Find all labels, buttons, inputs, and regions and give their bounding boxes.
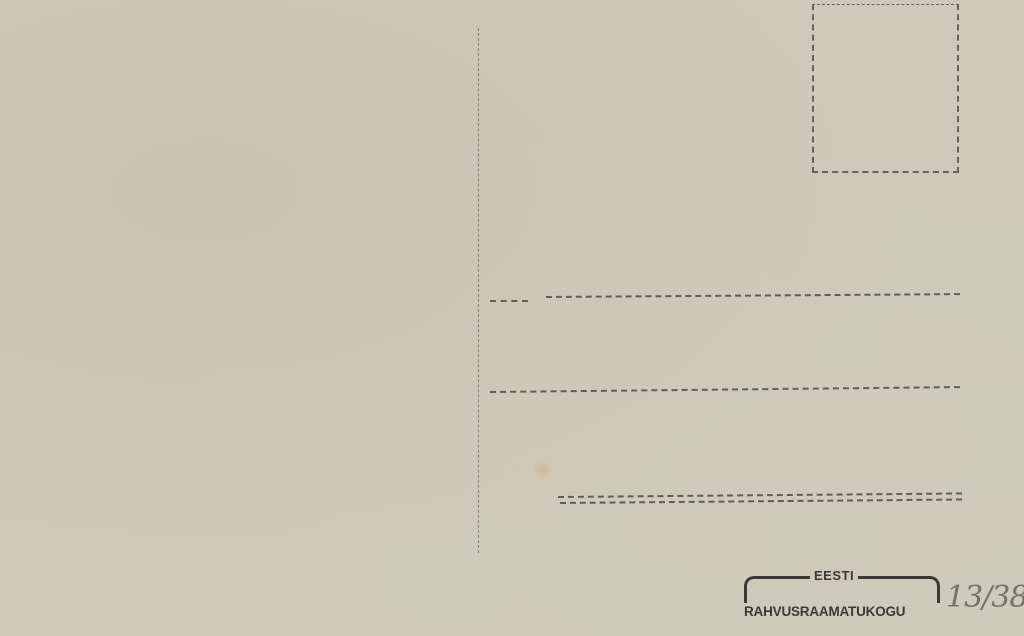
address-line-3 (558, 492, 962, 498)
stamp-bottom-text: RAHVUSRAAMATUKOGU (744, 604, 905, 619)
address-line-1-prefix (490, 300, 528, 302)
postcard-back: EESTI RAHVUSRAAMATUKOGU 13/38 (0, 0, 1024, 636)
stamp-placement-box (812, 4, 959, 173)
catalog-number: 13/38 (946, 580, 1024, 615)
address-line-1 (546, 293, 960, 298)
center-divider-line (478, 28, 479, 553)
address-line-3-underline (560, 498, 962, 504)
address-line-2 (490, 386, 960, 393)
stamp-top-text: EESTI (810, 568, 858, 583)
library-stamp: EESTI RAHVUSRAAMATUKOGU (744, 568, 936, 626)
